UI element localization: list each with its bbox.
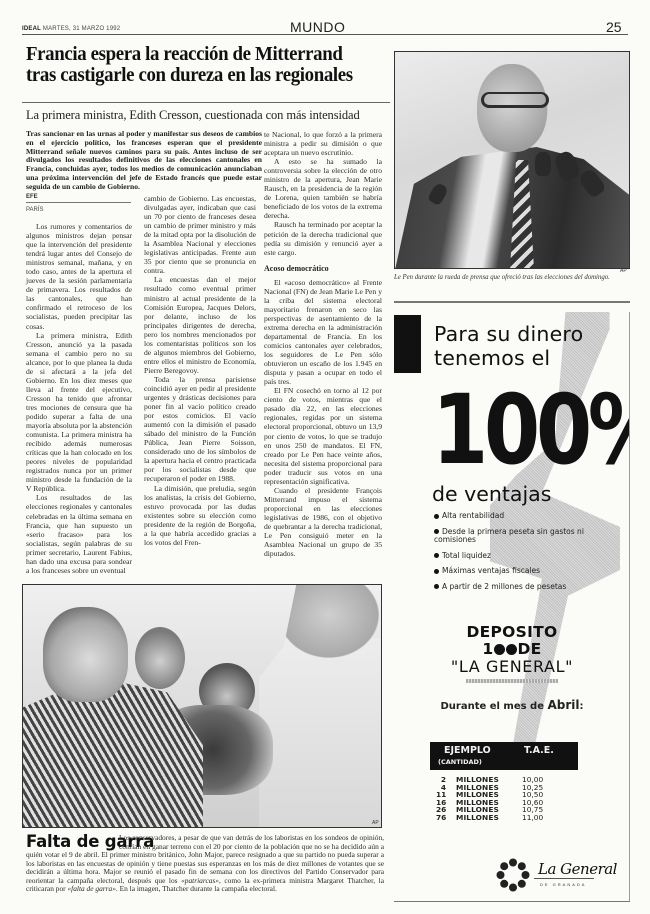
article-lead: Tras sancionar en las urnas al poder y m… [26, 130, 262, 192]
table-row: 26MILLONES10,75 [436, 806, 562, 814]
bullet-icon [434, 514, 439, 519]
paragraph: La encuestas dan el mejor resultado como… [144, 275, 256, 375]
photo-glasses [481, 92, 549, 108]
paragraph: Los rumores y comentarios de algunos min… [26, 222, 132, 331]
ad-headline-line-3: de ventajas [432, 482, 551, 506]
dateline: PARÍS [26, 207, 44, 213]
benefit-item: Alta rentabilidad [434, 512, 624, 521]
ad-bottom-divider [394, 901, 630, 902]
paragraph: A esto se ha sumado la controversia sobr… [264, 157, 382, 220]
zero-dot-icon [506, 644, 517, 655]
article-column-1: Los rumores y comentarios de algunos min… [26, 222, 132, 575]
paragraph: El FN cosechó en torno al 12 por ciento … [264, 386, 382, 486]
table-row: 4MILLONES10,25 [436, 784, 562, 792]
ad-product-name: DEPOSITO 1DE "LA GENERAL" [394, 624, 630, 675]
photo-figure-head [477, 64, 547, 152]
sidebar-story-text: Los conservadores, a pesar de que van de… [26, 834, 384, 894]
benefit-item: Máximas ventajas fiscales [434, 567, 624, 576]
table-row: 11MILLONES10,50 [436, 791, 562, 799]
photo-figure-man [259, 585, 382, 828]
bullet-icon [434, 553, 439, 558]
rate-table-header: EJEMPLO (CANTIDAD) T.A.E. [430, 742, 578, 770]
decorative-rule [466, 679, 558, 683]
paragraph: La dimisión, que preludia, según los ana… [144, 484, 256, 547]
ad-black-bar [394, 315, 421, 373]
page-number: 25 [606, 19, 622, 35]
ad-headline-line-1: Para su dinero [434, 322, 583, 346]
ad-benefits-list: Alta rentabilidad Desde la primera peset… [434, 512, 624, 599]
table-row: 16MILLONES10,60 [436, 799, 562, 807]
byline-divider [26, 202, 131, 203]
la-general-logo-icon [496, 858, 530, 892]
bullet-icon [434, 584, 439, 589]
subheadline: La primera ministra, Edith Cresson, cues… [26, 108, 394, 123]
headline-line-2: tras castigarle con dureza en las region… [26, 65, 385, 86]
paper-name: IDEAL [22, 26, 41, 32]
brand-name: La General [538, 860, 617, 878]
issue-date: MARTES, 31 MARZO 1992 [43, 26, 120, 32]
photo-caption: Le Pen durante la rueda de prensa que of… [394, 274, 630, 282]
column-subheading: Acoso democrático [264, 264, 382, 273]
paragraph: Los resultados de las elecciones regiona… [26, 493, 132, 574]
article-column-3: te Nacional, lo que forzó a la primera m… [264, 130, 382, 558]
section-title: MUNDO [290, 19, 345, 35]
benefit-item: A partir de 2 millones de pesetas [434, 583, 624, 592]
paragraph: te Nacional, lo que forzó a la primera m… [264, 130, 382, 157]
column-header-rate: T.A.E. [524, 745, 554, 756]
column-header-example-sub: (CANTIDAD) [438, 758, 482, 766]
brand-underline [534, 878, 594, 879]
ad-headline-line-2: tenemos el [434, 346, 583, 370]
ad-period: Durante el mes de Abril: [394, 698, 630, 712]
photo-credit: AP [372, 820, 379, 826]
photo-herringbone-coat [23, 677, 203, 828]
paragraph: Toda la prensa parisiense coincidió ayer… [144, 375, 256, 484]
benefit-item: Total liquidez [434, 552, 624, 561]
zero-dot-icon [494, 644, 505, 655]
bank-advertisement: Para su dinero tenemos el 100% de ventaj… [394, 312, 630, 902]
article-column-2: cambio de Gobierno. Las encuestas, divul… [144, 194, 256, 547]
headline-line-1: Francia espera la reacción de Mitterrand [26, 44, 385, 65]
paragraph: Cuando el presidente François Mitterrand… [264, 486, 382, 558]
table-row: 76MILLONES11,00 [436, 814, 562, 822]
byline: EFE [26, 194, 38, 200]
photo-crowd-face [135, 627, 185, 689]
paragraph: La primera ministra, Edith Cresson, anun… [26, 331, 132, 494]
photo-figure-head [43, 607, 128, 702]
rate-table-body: 2MILLONES10,00 4MILLONES10,25 11MILLONES… [436, 776, 562, 822]
headline-divider [22, 102, 390, 103]
paragraph: cambio de Gobierno. Las encuestas, divul… [144, 194, 256, 275]
product-line-1: DEPOSITO [394, 624, 630, 641]
ad-divider [394, 301, 630, 303]
paragraph: El «acoso democrático» al Frente Naciona… [264, 278, 382, 387]
ad-headline: Para su dinero tenemos el [434, 322, 583, 370]
masthead-divider [22, 34, 628, 35]
masthead-date: IDEAL MARTES, 31 MARZO 1992 [22, 26, 120, 32]
column-header-example: EJEMPLO [444, 745, 491, 756]
ad-big-figure: 100% [432, 382, 630, 479]
benefit-item: Desde la primera peseta sin gastos ni co… [434, 528, 624, 545]
headline: Francia espera la reacción de Mitterrand… [26, 44, 385, 86]
thatcher-photo [22, 584, 382, 828]
bullet-icon [434, 569, 439, 574]
paragraph: Rausch ha terminado por aceptar la petic… [264, 220, 382, 256]
microphone-icon [535, 152, 551, 176]
bullet-icon [434, 529, 439, 534]
brand-subtitle: DE GRANADA [540, 882, 586, 887]
product-line-3: "LA GENERAL" [394, 658, 630, 675]
table-row: 2MILLONES10,00 [436, 776, 562, 784]
product-line-2: 1DE [394, 641, 630, 658]
lepen-photo [394, 51, 630, 269]
